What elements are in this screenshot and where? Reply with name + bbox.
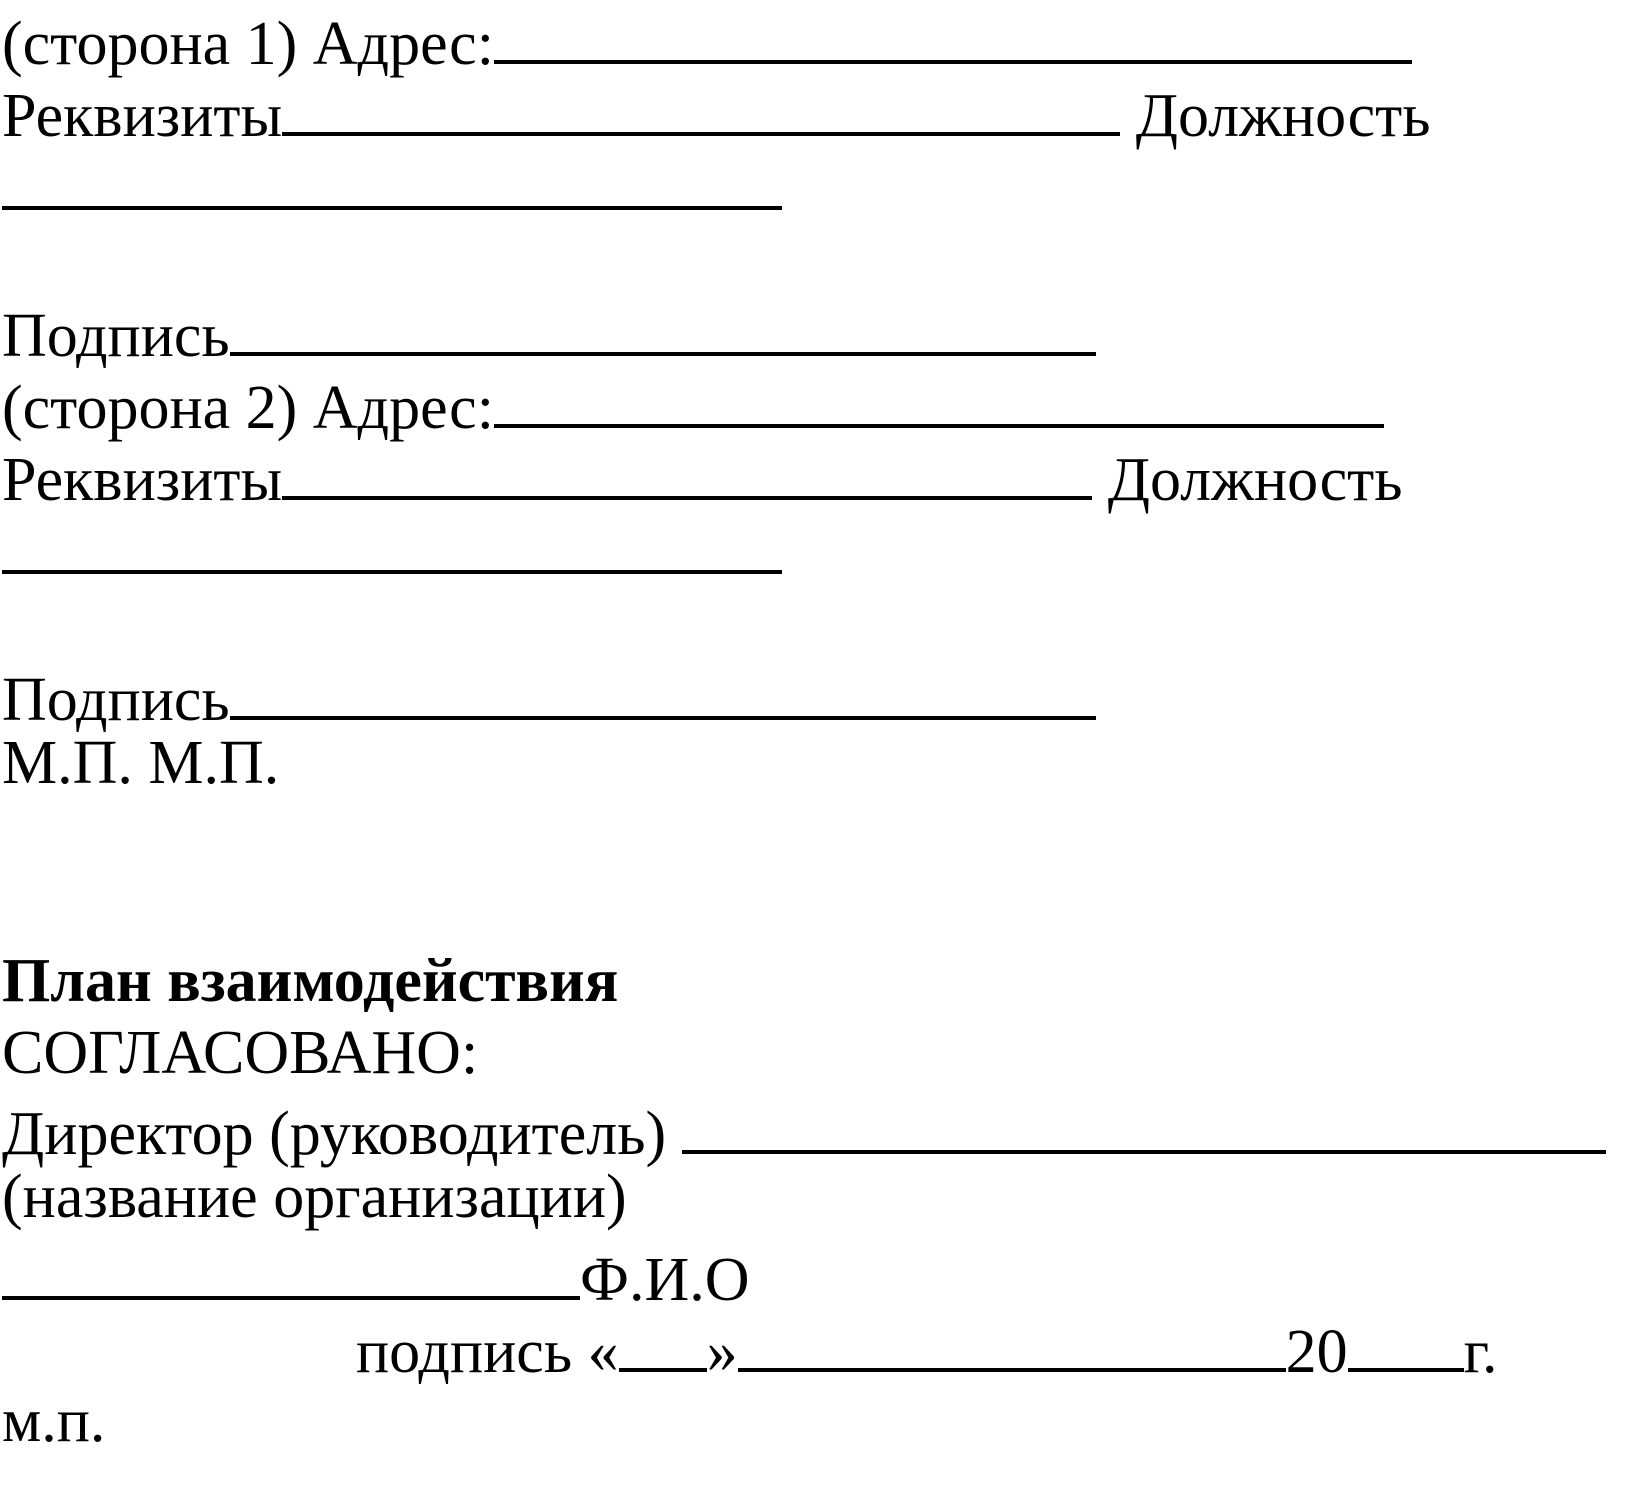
quote-close: » [707, 1318, 738, 1386]
party2-signature-label: Подпись [2, 666, 230, 734]
approved-label: СОГЛАСОВАНО: [2, 1022, 478, 1084]
stamp-label: м.п. [2, 1390, 105, 1452]
director-row: Директор (руководитель) [2, 1094, 1606, 1165]
party2-position-field[interactable] [2, 514, 782, 574]
party1-requisites-field[interactable] [282, 76, 1120, 136]
party1-position-row [2, 150, 782, 221]
party1-requisites-label: Реквизиты [2, 82, 282, 150]
party2-requisites-row: Реквизиты Должность [2, 440, 1403, 511]
fio-row: Ф.И.О [2, 1240, 750, 1311]
party1-position-label: Должность [1136, 82, 1431, 150]
org-name-label: (название организации) [2, 1166, 627, 1228]
party1-requisites-row: Реквизиты Должность [2, 76, 1431, 147]
stamps-row: М.П. М.П. [2, 732, 279, 794]
plan-title: План взаимодействия [2, 950, 618, 1012]
year-suffix: г. [1464, 1318, 1498, 1386]
party1-address-row: (сторона 1) Адрес: [2, 4, 1412, 75]
party2-position-row [2, 514, 782, 585]
quote-open: « [588, 1318, 619, 1386]
party2-address-field[interactable] [494, 368, 1384, 428]
director-label: Директор (руководитель) [2, 1100, 666, 1168]
fio-label: Ф.И.О [580, 1246, 750, 1314]
party2-signature-row: Подпись [2, 660, 1096, 731]
party2-requisites-label: Реквизиты [2, 446, 282, 514]
party1-address-field[interactable] [494, 4, 1412, 64]
signature-date-row: подпись «»20г. [356, 1312, 1498, 1383]
party2-address-label: (сторона 2) Адрес: [2, 374, 494, 442]
party1-signature-label: Подпись [2, 302, 230, 370]
party1-signature-row: Подпись [2, 296, 1096, 367]
party1-signature-field[interactable] [230, 296, 1096, 356]
year-prefix: 20 [1286, 1318, 1348, 1386]
party2-position-label: Должность [1108, 446, 1403, 514]
party1-position-field[interactable] [2, 150, 782, 210]
director-field[interactable] [682, 1094, 1606, 1154]
party2-signature-field[interactable] [230, 660, 1096, 720]
month-field[interactable] [738, 1312, 1286, 1372]
fio-field[interactable] [2, 1240, 580, 1300]
party2-requisites-field[interactable] [282, 440, 1092, 500]
party1-address-label: (сторона 1) Адрес: [2, 10, 494, 78]
day-field[interactable] [619, 1312, 707, 1372]
party2-address-row: (сторона 2) Адрес: [2, 368, 1384, 439]
year-field[interactable] [1348, 1312, 1464, 1372]
signature-label: подпись [356, 1318, 572, 1386]
